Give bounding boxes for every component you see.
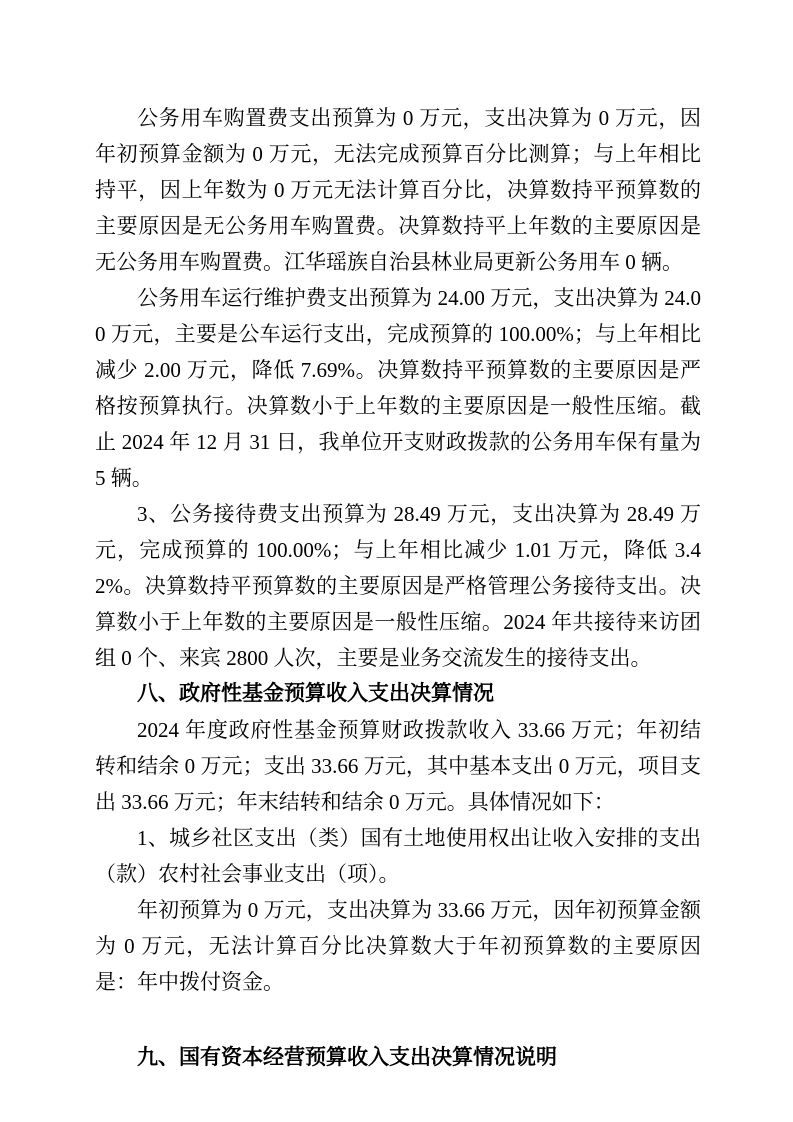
paragraph-urban-rural-community-expense: 1、城乡社区支出（类）国有土地使用权出让收入安排的支出（款）农村社会事业支出（项… bbox=[95, 820, 701, 892]
paragraph-vehicle-purchase-expense: 公务用车购置费支出预算为 0 万元，支出决算为 0 万元，因年初预算金额为 0 … bbox=[95, 100, 701, 280]
paragraph-vehicle-operation-expense: 公务用车运行维护费支出预算为 24.00 万元，支出决算为 24.00 万元，主… bbox=[95, 280, 701, 496]
section-heading-government-fund-budget: 八、政府性基金预算收入支出决算情况 bbox=[95, 676, 701, 712]
document-page: 公务用车购置费支出预算为 0 万元，支出决算为 0 万元，因年初预算金额为 0 … bbox=[0, 0, 793, 1122]
blank-line-spacer bbox=[95, 1000, 701, 1040]
paragraph-official-reception-expense: 3、公务接待费支出预算为 28.49 万元，支出决算为 28.49 万元，完成预… bbox=[95, 496, 701, 676]
paragraph-government-fund-summary: 2024 年度政府性基金预算财政拨款收入 33.66 万元；年初结转和结余 0 … bbox=[95, 712, 701, 820]
section-heading-state-capital-budget: 九、国有资本经营预算收入支出决算情况说明 bbox=[95, 1040, 701, 1076]
paragraph-initial-budget-explanation: 年初预算为 0 万元，支出决算为 33.66 万元，因年初预算金额为 0 万元，… bbox=[95, 892, 701, 1000]
document-text-block: 公务用车购置费支出预算为 0 万元，支出决算为 0 万元，因年初预算金额为 0 … bbox=[95, 100, 701, 1076]
